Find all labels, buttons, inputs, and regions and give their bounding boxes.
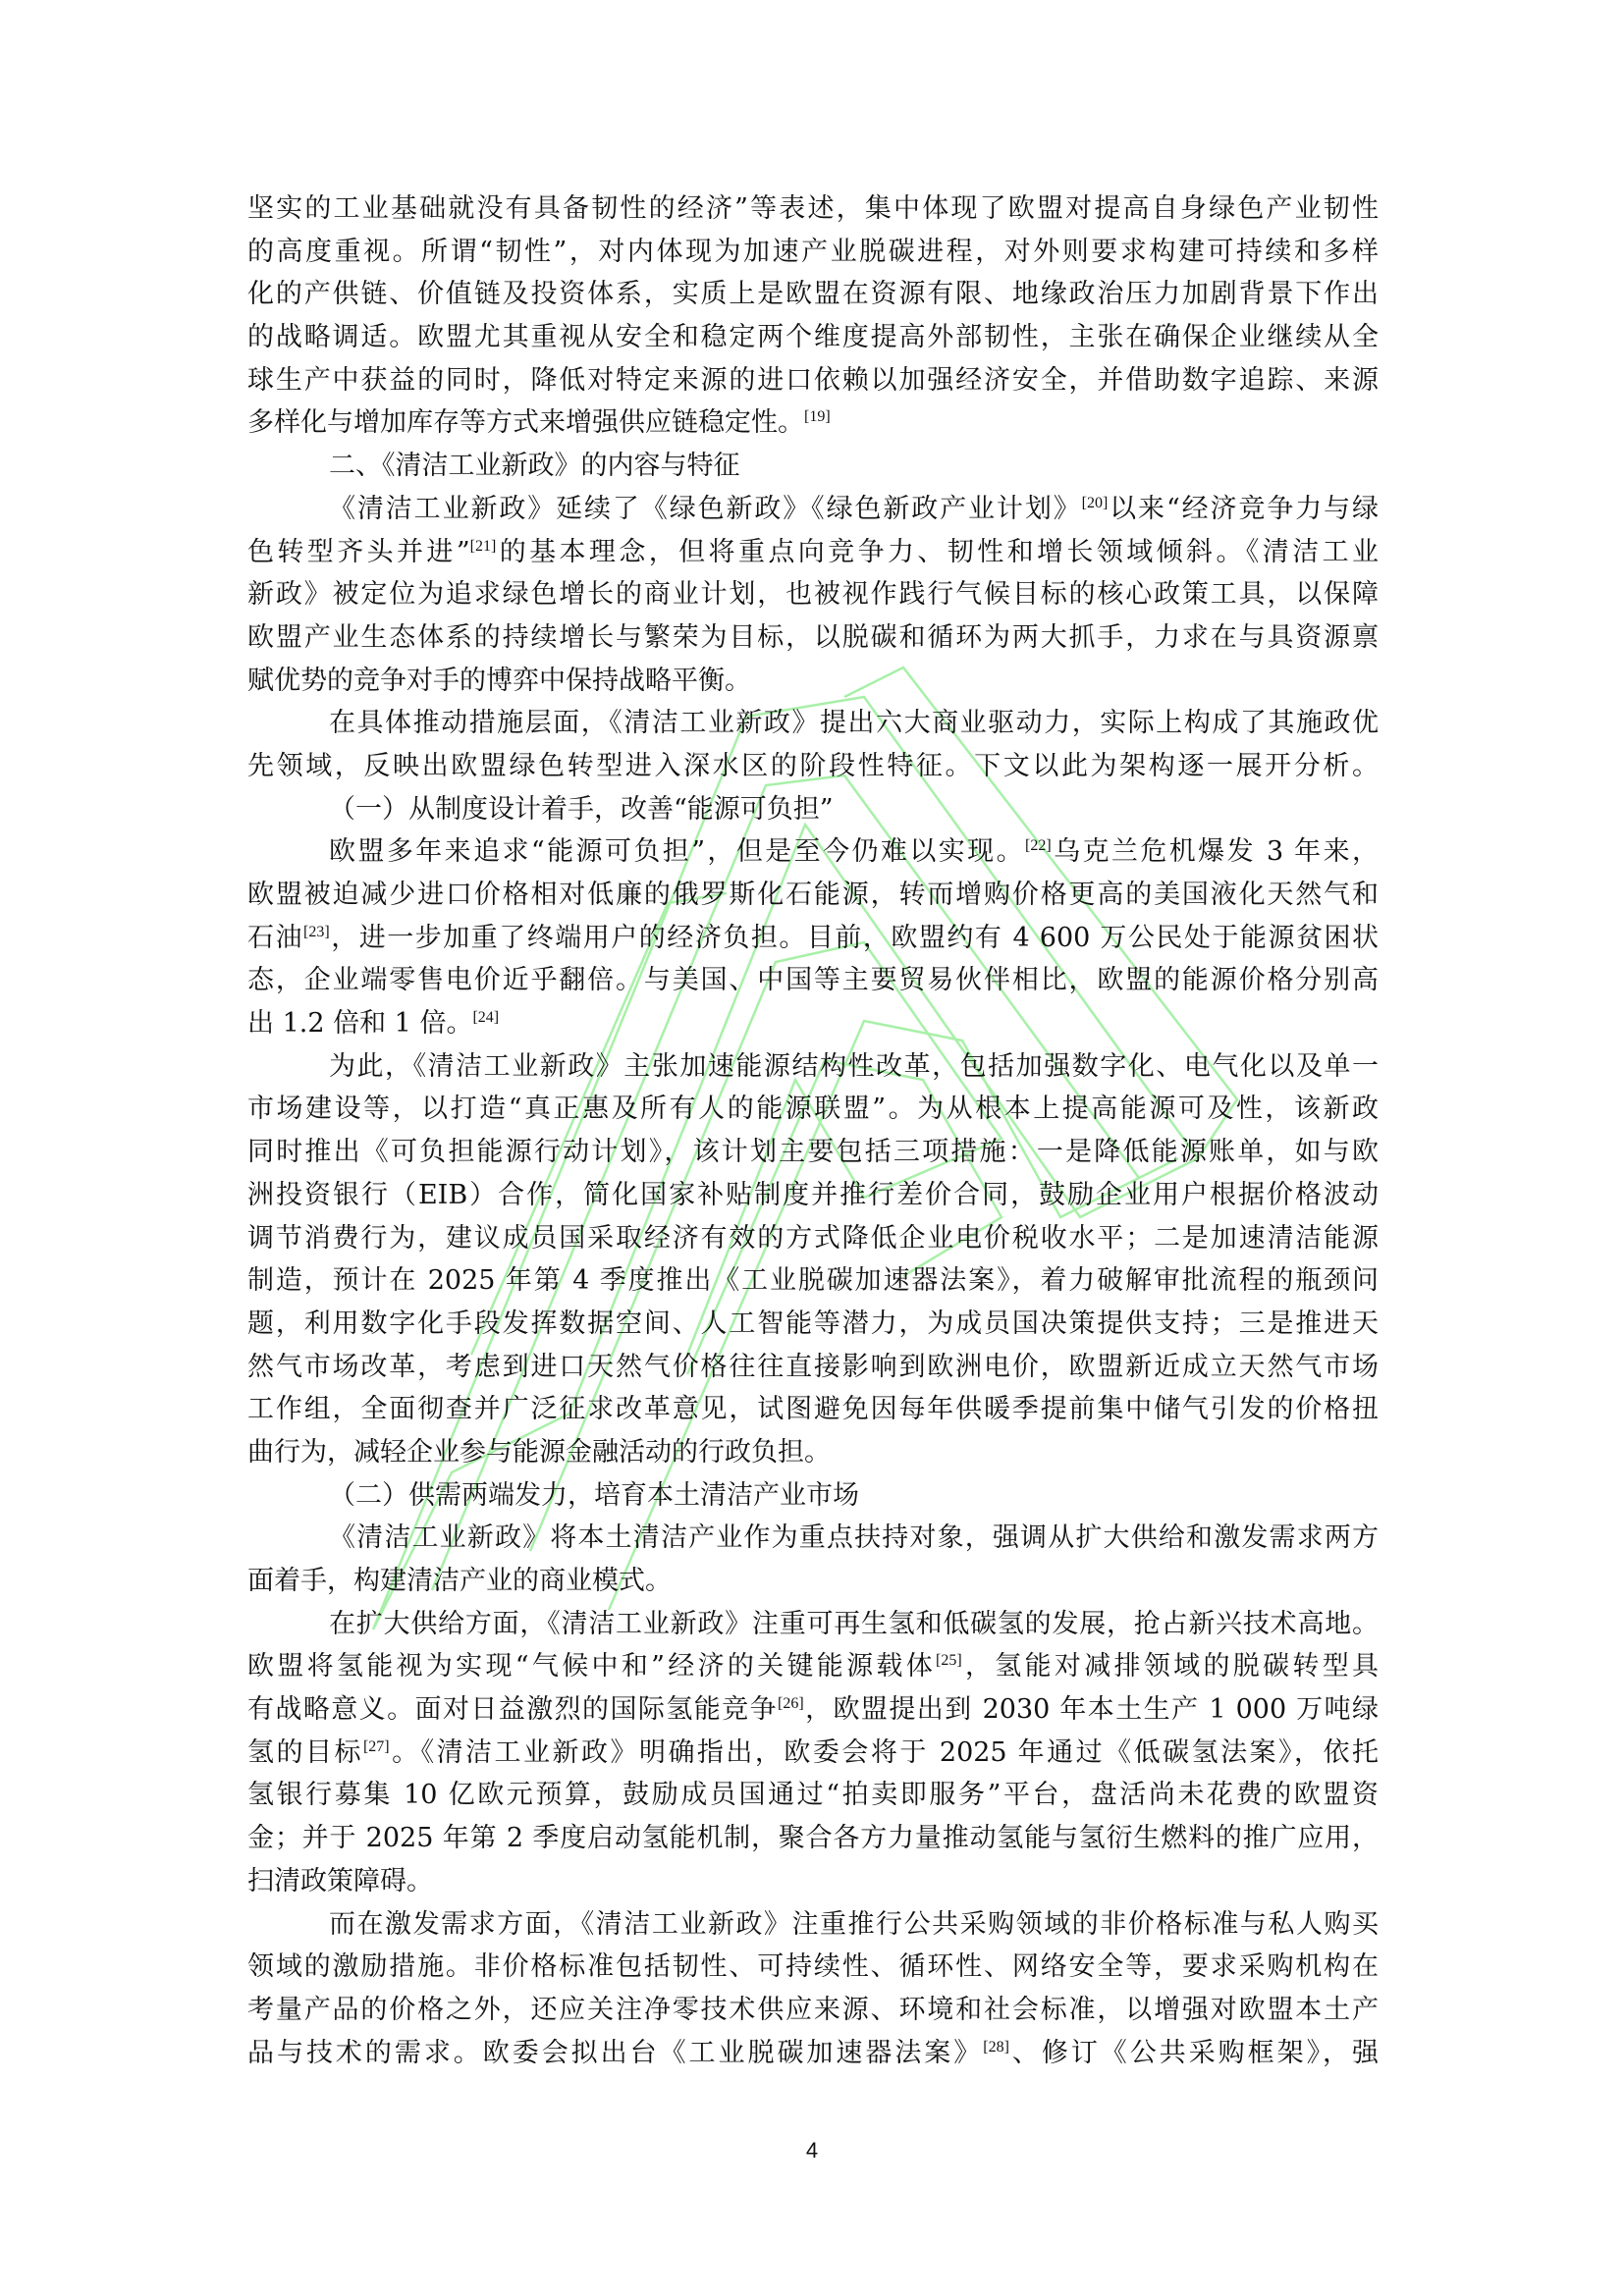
line-text: 为此，《清洁工业新政》主张加速能源结构性改革，包括加强数字化、电气化以及单一: [329, 1051, 1379, 1082]
line-text: 《清洁工业新政》延续了《绿色新政》《绿色新政产业计划》: [329, 494, 1082, 524]
citation-reference: [24]: [472, 1009, 499, 1026]
document-page: 坚实的工业基础就没有具备韧性的经济”等表述，集中体现了欧盟对提高自身绿色产业韧性…: [0, 0, 1624, 2296]
text-line: 题，利用数字化手段发挥数据空间、人工智能等潜力，为成员国决策提供支持；三是推进天: [247, 1303, 1379, 1346]
text-line: 赋优势的竞争对手的博弈中保持战略平衡。: [247, 660, 1379, 703]
text-line: 《清洁工业新政》延续了《绿色新政》《绿色新政产业计划》[20]以来“经济竞争力与…: [247, 488, 1379, 531]
text-line: 品与技术的需求。欧委会拟出台《工业脱碳加速器法案》[28]、修订《公共采购框架》…: [247, 2032, 1379, 2075]
line-text: 曲行为，减轻企业参与能源金融活动的行政负担。: [247, 1437, 831, 1468]
line-text: 新政》被定位为追求绿色增长的商业计划，也被视作践行气候目标的核心政策工具，以保障: [247, 579, 1379, 610]
text-line: 欧盟将氢能视为实现“气候中和”经济的关键能源载体[25]，氢能对减排领域的脱碳转…: [247, 1645, 1379, 1688]
line-text: 欧盟将氢能视为实现“气候中和”经济的关键能源载体: [247, 1651, 936, 1682]
line-text: 而在激发需求方面，《清洁工业新政》注重推行公共采购领域的非价格标准与私人购买: [329, 1909, 1379, 1940]
line-text-continued: 乌克兰危机爆发 3 年来，: [1052, 836, 1379, 867]
line-text: 化的产供链、价值链及投资体系，实质上是欧盟在资源有限、地缘政治压力加剧背景下作出: [247, 279, 1379, 309]
citation-reference: [19]: [804, 408, 831, 425]
text-line: 欧盟产业生态体系的持续增长与繁荣为目标，以脱碳和循环为两大抓手，力求在与具资源禀: [247, 616, 1379, 660]
body-text: 坚实的工业基础就没有具备韧性的经济”等表述，集中体现了欧盟对提高自身绿色产业韧性…: [247, 187, 1379, 2074]
text-line: 洲投资银行（EIB）合作，简化国家补贴制度并推行差价合同，鼓励企业用户根据价格波…: [247, 1174, 1379, 1217]
line-text: 考量产品的价格之外，还应关注净零技术供应来源、环境和社会标准，以增强对欧盟本土产: [247, 1995, 1379, 2025]
citation-reference: [21]: [470, 538, 497, 555]
line-text-continued: ，氢能对减排领域的脱碳转型具: [962, 1651, 1379, 1682]
citation-reference: [25]: [936, 1652, 962, 1669]
line-text: 石油: [247, 923, 303, 953]
section-heading: （一）从制度设计着手，改善“能源可负担”: [247, 788, 1379, 831]
text-line: 的高度重视。所谓“韧性”，对内体现为加速产业脱碳进程，对外则要求构建可持续和多样: [247, 231, 1379, 274]
line-text: （一）从制度设计着手，改善“能源可负担”: [329, 794, 834, 825]
line-text: 金；并于 2025 年第 2 季度启动氢能机制，聚合各方力量推动氢能与氢衍生燃料…: [247, 1823, 1379, 1853]
line-text-continued: 以来“经济竞争力与绿: [1108, 494, 1379, 524]
line-text-continued: 、修订《公共采购框架》，强: [1009, 2038, 1379, 2068]
line-text: 赋优势的竞争对手的博弈中保持战略平衡。: [247, 666, 751, 696]
line-text: 出 1.2 倍和 1 倍。: [247, 1008, 472, 1039]
line-text: （二）供需两端发力，培育本土清洁产业市场: [329, 1480, 859, 1511]
citation-reference: [20]: [1082, 495, 1109, 511]
text-line: 新政》被定位为追求绿色增长的商业计划，也被视作践行气候目标的核心政策工具，以保障: [247, 573, 1379, 616]
text-line: 然气市场改革，考虑到进口天然气价格往往直接影响到欧洲电价，欧盟新近成立天然气市场: [247, 1346, 1379, 1389]
line-text-continued: ，进一步加重了终端用户的经济负担。目前，欧盟约有 4 600 万公民处于能源贫困…: [330, 923, 1379, 953]
text-line: 欧盟多年来追求“能源可负担”，但是至今仍难以实现。[22]乌克兰危机爆发 3 年…: [247, 830, 1379, 874]
text-line: 出 1.2 倍和 1 倍。[24]: [247, 1002, 1379, 1045]
page-number: 4: [0, 2138, 1624, 2163]
text-line: 曲行为，减轻企业参与能源金融活动的行政负担。: [247, 1431, 1379, 1474]
line-text: 市场建设等，以打造“真正惠及所有人的能源联盟”。为从根本上提高能源可及性，该新政: [247, 1094, 1379, 1124]
citation-reference: [23]: [303, 924, 330, 940]
text-line: 氢银行募集 10 亿欧元预算，鼓励成员国通过“拍卖即服务”平台，盘活尚未花费的欧…: [247, 1774, 1379, 1817]
text-line: 领域的激励措施。非价格标准包括韧性、可持续性、循环性、网络安全等，要求采购机构在: [247, 1946, 1379, 1989]
line-text: 欧盟产业生态体系的持续增长与繁荣为目标，以脱碳和循环为两大抓手，力求在与具资源禀: [247, 622, 1379, 653]
line-text-continued: 。《清洁工业新政》明确指出，欧委会将于 2025 年通过《低碳氢法案》，依托: [390, 1737, 1379, 1768]
line-text: 洲投资银行（EIB）合作，简化国家补贴制度并推行差价合同，鼓励企业用户根据价格波…: [247, 1180, 1379, 1210]
line-text: 面着手，构建清洁产业的商业模式。: [247, 1566, 672, 1596]
text-line: 化的产供链、价值链及投资体系，实质上是欧盟在资源有限、地缘政治压力加剧背景下作出: [247, 273, 1379, 316]
section-heading: （二）供需两端发力，培育本土清洁产业市场: [247, 1474, 1379, 1518]
text-line: 制造，预计在 2025 年第 4 季度推出《工业脱碳加速器法案》，着力破解审批流…: [247, 1259, 1379, 1303]
line-text: 在具体推动措施层面，《清洁工业新政》提出六大商业驱动力，实际上构成了其施政优: [329, 708, 1379, 738]
line-text: 《清洁工业新政》将本土清洁产业作为重点扶持对象，强调从扩大供给和激发需求两方: [329, 1522, 1379, 1553]
line-text: 领域的激励措施。非价格标准包括韧性、可持续性、循环性、网络安全等，要求采购机构在: [247, 1951, 1379, 1982]
line-text: 的战略调适。欧盟尤其重视从安全和稳定两个维度提高外部韧性，主张在确保企业继续从全: [247, 322, 1379, 352]
line-text: 欧盟多年来追求“能源可负担”，但是至今仍难以实现。: [329, 836, 1025, 867]
text-line: 欧盟被迫减少进口价格相对低廉的俄罗斯化石能源，转而增购价格更高的美国液化天然气和: [247, 874, 1379, 917]
line-text-continued: ，欧盟提出到 2030 年本土生产 1 000 万吨绿: [804, 1694, 1379, 1725]
text-line: 金；并于 2025 年第 2 季度启动氢能机制，聚合各方力量推动氢能与氢衍生燃料…: [247, 1817, 1379, 1860]
text-line: 在扩大供给方面，《清洁工业新政》注重可再生氢和低碳氢的发展，抢占新兴技术高地。: [247, 1603, 1379, 1646]
text-line: 有战略意义。面对日益激烈的国际氢能竞争[26]，欧盟提出到 2030 年本土生产…: [247, 1688, 1379, 1732]
line-text: 有战略意义。面对日益激烈的国际氢能竞争: [247, 1694, 778, 1725]
text-line: 坚实的工业基础就没有具备韧性的经济”等表述，集中体现了欧盟对提高自身绿色产业韧性: [247, 187, 1379, 231]
line-text: 氢的目标: [247, 1737, 363, 1768]
line-text: 的高度重视。所谓“韧性”，对内体现为加速产业脱碳进程，对外则要求构建可持续和多样: [247, 237, 1379, 267]
text-line: 态，企业端零售电价近乎翻倍。与美国、中国等主要贸易伙伴相比，欧盟的能源价格分别高: [247, 959, 1379, 1002]
text-line: 多样化与增加库存等方式来增强供应链稳定性。[19]: [247, 401, 1379, 445]
line-text: 坚实的工业基础就没有具备韧性的经济”等表述，集中体现了欧盟对提高自身绿色产业韧性: [247, 193, 1379, 224]
line-text: 二、《清洁工业新政》的内容与特征: [329, 451, 740, 481]
line-text: 然气市场改革，考虑到进口天然气价格往往直接影响到欧洲电价，欧盟新近成立天然气市场: [247, 1352, 1379, 1382]
text-line: 先领域，反映出欧盟绿色转型进入深水区的阶段性特征。下文以此为架构逐一展开分析。: [247, 745, 1379, 788]
text-line: 而在激发需求方面，《清洁工业新政》注重推行公共采购领域的非价格标准与私人购买: [247, 1903, 1379, 1947]
text-line: 考量产品的价格之外，还应关注净零技术供应来源、环境和社会标准，以增强对欧盟本土产: [247, 1989, 1379, 2032]
line-text-continued: 的基本理念，但将重点向竞争力、韧性和增长领域倾斜。《清洁工业: [496, 537, 1379, 567]
citation-reference: [26]: [778, 1695, 804, 1712]
text-line: 氢的目标[27]。《清洁工业新政》明确指出，欧委会将于 2025 年通过《低碳氢…: [247, 1732, 1379, 1775]
line-text: 欧盟被迫减少进口价格相对低廉的俄罗斯化石能源，转而增购价格更高的美国液化天然气和: [247, 880, 1379, 910]
text-line: 扫清政策障碍。: [247, 1860, 1379, 1903]
text-line: 色转型齐头并进”[21]的基本理念，但将重点向竞争力、韧性和增长领域倾斜。《清洁…: [247, 531, 1379, 574]
line-text: 态，企业端零售电价近乎翻倍。与美国、中国等主要贸易伙伴相比，欧盟的能源价格分别高: [247, 965, 1379, 995]
text-line: 石油[23]，进一步加重了终端用户的经济负担。目前，欧盟约有 4 600 万公民…: [247, 917, 1379, 960]
text-line: 的战略调适。欧盟尤其重视从安全和稳定两个维度提高外部韧性，主张在确保企业继续从全: [247, 316, 1379, 359]
line-text: 在扩大供给方面，《清洁工业新政》注重可再生氢和低碳氢的发展，抢占新兴技术高地。: [329, 1609, 1379, 1639]
text-line: 市场建设等，以打造“真正惠及所有人的能源联盟”。为从根本上提高能源可及性，该新政: [247, 1088, 1379, 1131]
section-heading: 二、《清洁工业新政》的内容与特征: [247, 445, 1379, 488]
citation-reference: [28]: [983, 2039, 1009, 2056]
text-line: 在具体推动措施层面，《清洁工业新政》提出六大商业驱动力，实际上构成了其施政优: [247, 702, 1379, 745]
line-text: 工作组，全面彻查并广泛征求改革意见，试图避免因每年供暖季提前集中储气引发的价格扭: [247, 1394, 1379, 1424]
line-text: 题，利用数字化手段发挥数据空间、人工智能等潜力，为成员国决策提供支持；三是推进天: [247, 1308, 1379, 1339]
line-text: 扫清政策障碍。: [247, 1866, 433, 1896]
text-line: 调节消费行为，建议成员国采取经济有效的方式降低企业电价税收水平；二是加速清洁能源: [247, 1217, 1379, 1260]
text-line: 为此，《清洁工业新政》主张加速能源结构性改革，包括加强数字化、电气化以及单一: [247, 1045, 1379, 1089]
text-line: 工作组，全面彻查并广泛征求改革意见，试图避免因每年供暖季提前集中储气引发的价格扭: [247, 1388, 1379, 1431]
line-text: 制造，预计在 2025 年第 4 季度推出《工业脱碳加速器法案》，着力破解审批流…: [247, 1265, 1379, 1296]
text-line: 面着手，构建清洁产业的商业模式。: [247, 1560, 1379, 1603]
line-text: 球生产中获益的同时，降低对特定来源的进口依赖以加强经济安全，并借助数字追踪、来源: [247, 365, 1379, 396]
line-text: 氢银行募集 10 亿欧元预算，鼓励成员国通过“拍卖即服务”平台，盘活尚未花费的欧…: [247, 1780, 1379, 1810]
line-text: 调节消费行为，建议成员国采取经济有效的方式降低企业电价税收水平；二是加速清洁能源: [247, 1223, 1379, 1254]
citation-reference: [22]: [1025, 837, 1052, 854]
line-text: 先领域，反映出欧盟绿色转型进入深水区的阶段性特征。下文以此为架构逐一展开分析。: [247, 751, 1379, 781]
line-text: 同时推出《可负担能源行动计划》，该计划主要包括三项措施：一是降低能源账单，如与欧: [247, 1137, 1379, 1167]
line-text: 多样化与增加库存等方式来增强供应链稳定性。: [247, 407, 804, 438]
text-line: 同时推出《可负担能源行动计划》，该计划主要包括三项措施：一是降低能源账单，如与欧: [247, 1131, 1379, 1174]
line-text: 色转型齐头并进”: [247, 537, 470, 567]
text-line: 球生产中获益的同时，降低对特定来源的进口依赖以加强经济安全，并借助数字追踪、来源: [247, 359, 1379, 402]
line-text: 品与技术的需求。欧委会拟出台《工业脱碳加速器法案》: [247, 2038, 983, 2068]
citation-reference: [27]: [363, 1738, 390, 1755]
text-line: 《清洁工业新政》将本土清洁产业作为重点扶持对象，强调从扩大供给和激发需求两方: [247, 1517, 1379, 1560]
